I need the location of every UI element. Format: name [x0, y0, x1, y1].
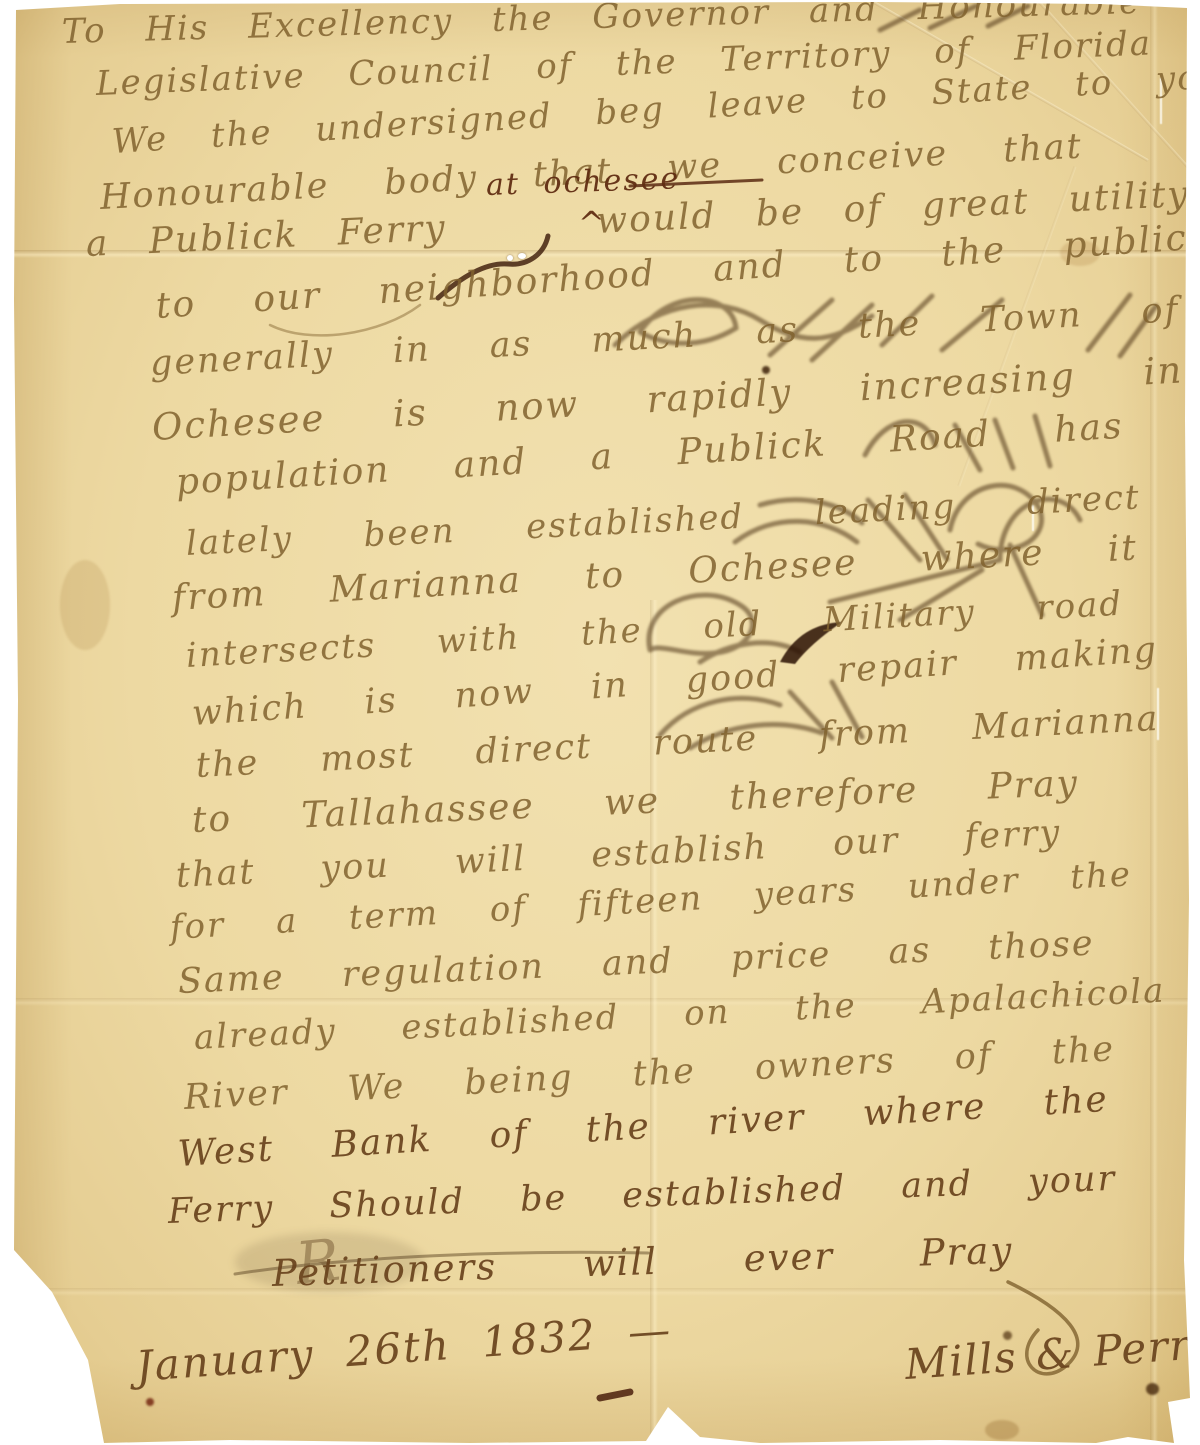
ink-spot — [146, 1398, 154, 1406]
handwritten-line: Petitioners will ever Pray — [271, 1229, 1014, 1295]
ink-spot — [1146, 1383, 1159, 1395]
paper-hole — [507, 255, 513, 261]
scanned-document: To His Excellency the Governor and Honou… — [0, 0, 1200, 1445]
paper-hole — [518, 253, 526, 259]
signature: Mills & Perry — [903, 1318, 1200, 1389]
ferry-line-before: a Publick Ferry — [85, 208, 447, 265]
stain — [60, 560, 110, 650]
fold-crease-horizontal-bottom — [12, 1288, 1188, 1296]
letter-paper: To His Excellency the Governor and Honou… — [0, 0, 1200, 1445]
insertion-gap — [447, 233, 597, 240]
interlinear-insertion: at ochesee — [485, 161, 680, 203]
stain — [985, 1420, 1019, 1440]
handwritten-line: Ferry Should be established and your — [167, 1159, 1117, 1232]
date-line: January 26th 1832 — — [134, 1305, 673, 1391]
